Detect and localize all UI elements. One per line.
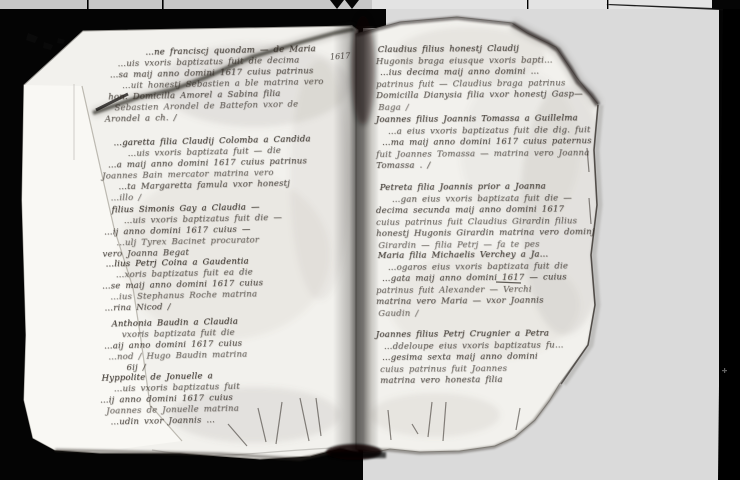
- baptism-entry: Joannes filius Petrj Crugnier a Petra…dd…: [376, 328, 606, 388]
- baptism-entry: Claudius filius honestj ClaudijHugonis b…: [376, 43, 607, 114]
- gutter-year-note: 1617: [330, 51, 351, 61]
- manuscript-line: Tomassa . /: [376, 159, 606, 173]
- right-page-text: Claudius filius honestj ClaudijHugonis b…: [0, 0, 740, 480]
- baptism-entry: Joannes filius Joannis Tomassa a Guillel…: [376, 113, 606, 173]
- microfilm-document-scan: …ne franciscj quondam — de Maria…uis vxo…: [0, 0, 740, 480]
- manuscript-line: Gaudin /: [378, 306, 606, 319]
- manuscript-line: matrina vero honesta filia: [380, 374, 606, 387]
- baptism-entry: Petreta filia Joannis prior a Joanna…gan…: [376, 181, 607, 252]
- baptism-entry: Maria filia Michaelis Verchey a Ja……ogar…: [376, 249, 607, 320]
- manuscript-text-layer: …ne franciscj quondam — de Maria…uis vxo…: [0, 0, 740, 480]
- manuscript-line: Baga /: [378, 100, 606, 113]
